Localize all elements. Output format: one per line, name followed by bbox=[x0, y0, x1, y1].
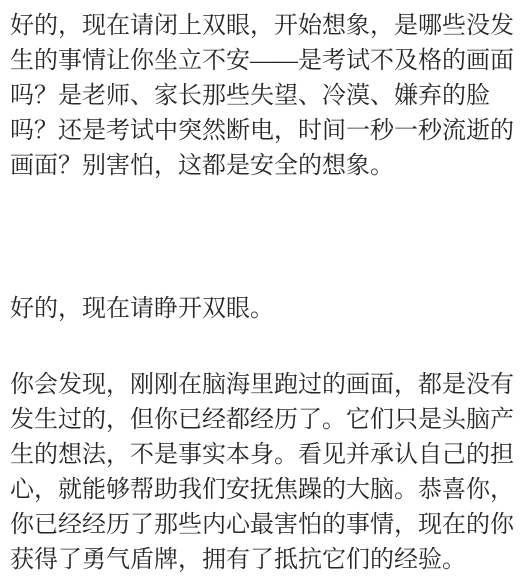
reading-page: 好的，现在请闭上双眼，开始想象，是哪些没发生的事情让你坐立不安——是考试不及格的… bbox=[0, 0, 527, 583]
paragraph-reflection: 你会发现，刚刚在脑海里跑过的画面，都是没有发生过的，但你已经都经历了。它们只是头… bbox=[10, 368, 515, 578]
paragraph-open-eyes: 好的，现在请睁开双眼。 bbox=[10, 292, 515, 327]
paragraph-imagine-exercise: 好的，现在请闭上双眼，开始想象，是哪些没发生的事情让你坐立不安——是考试不及格的… bbox=[10, 9, 515, 184]
